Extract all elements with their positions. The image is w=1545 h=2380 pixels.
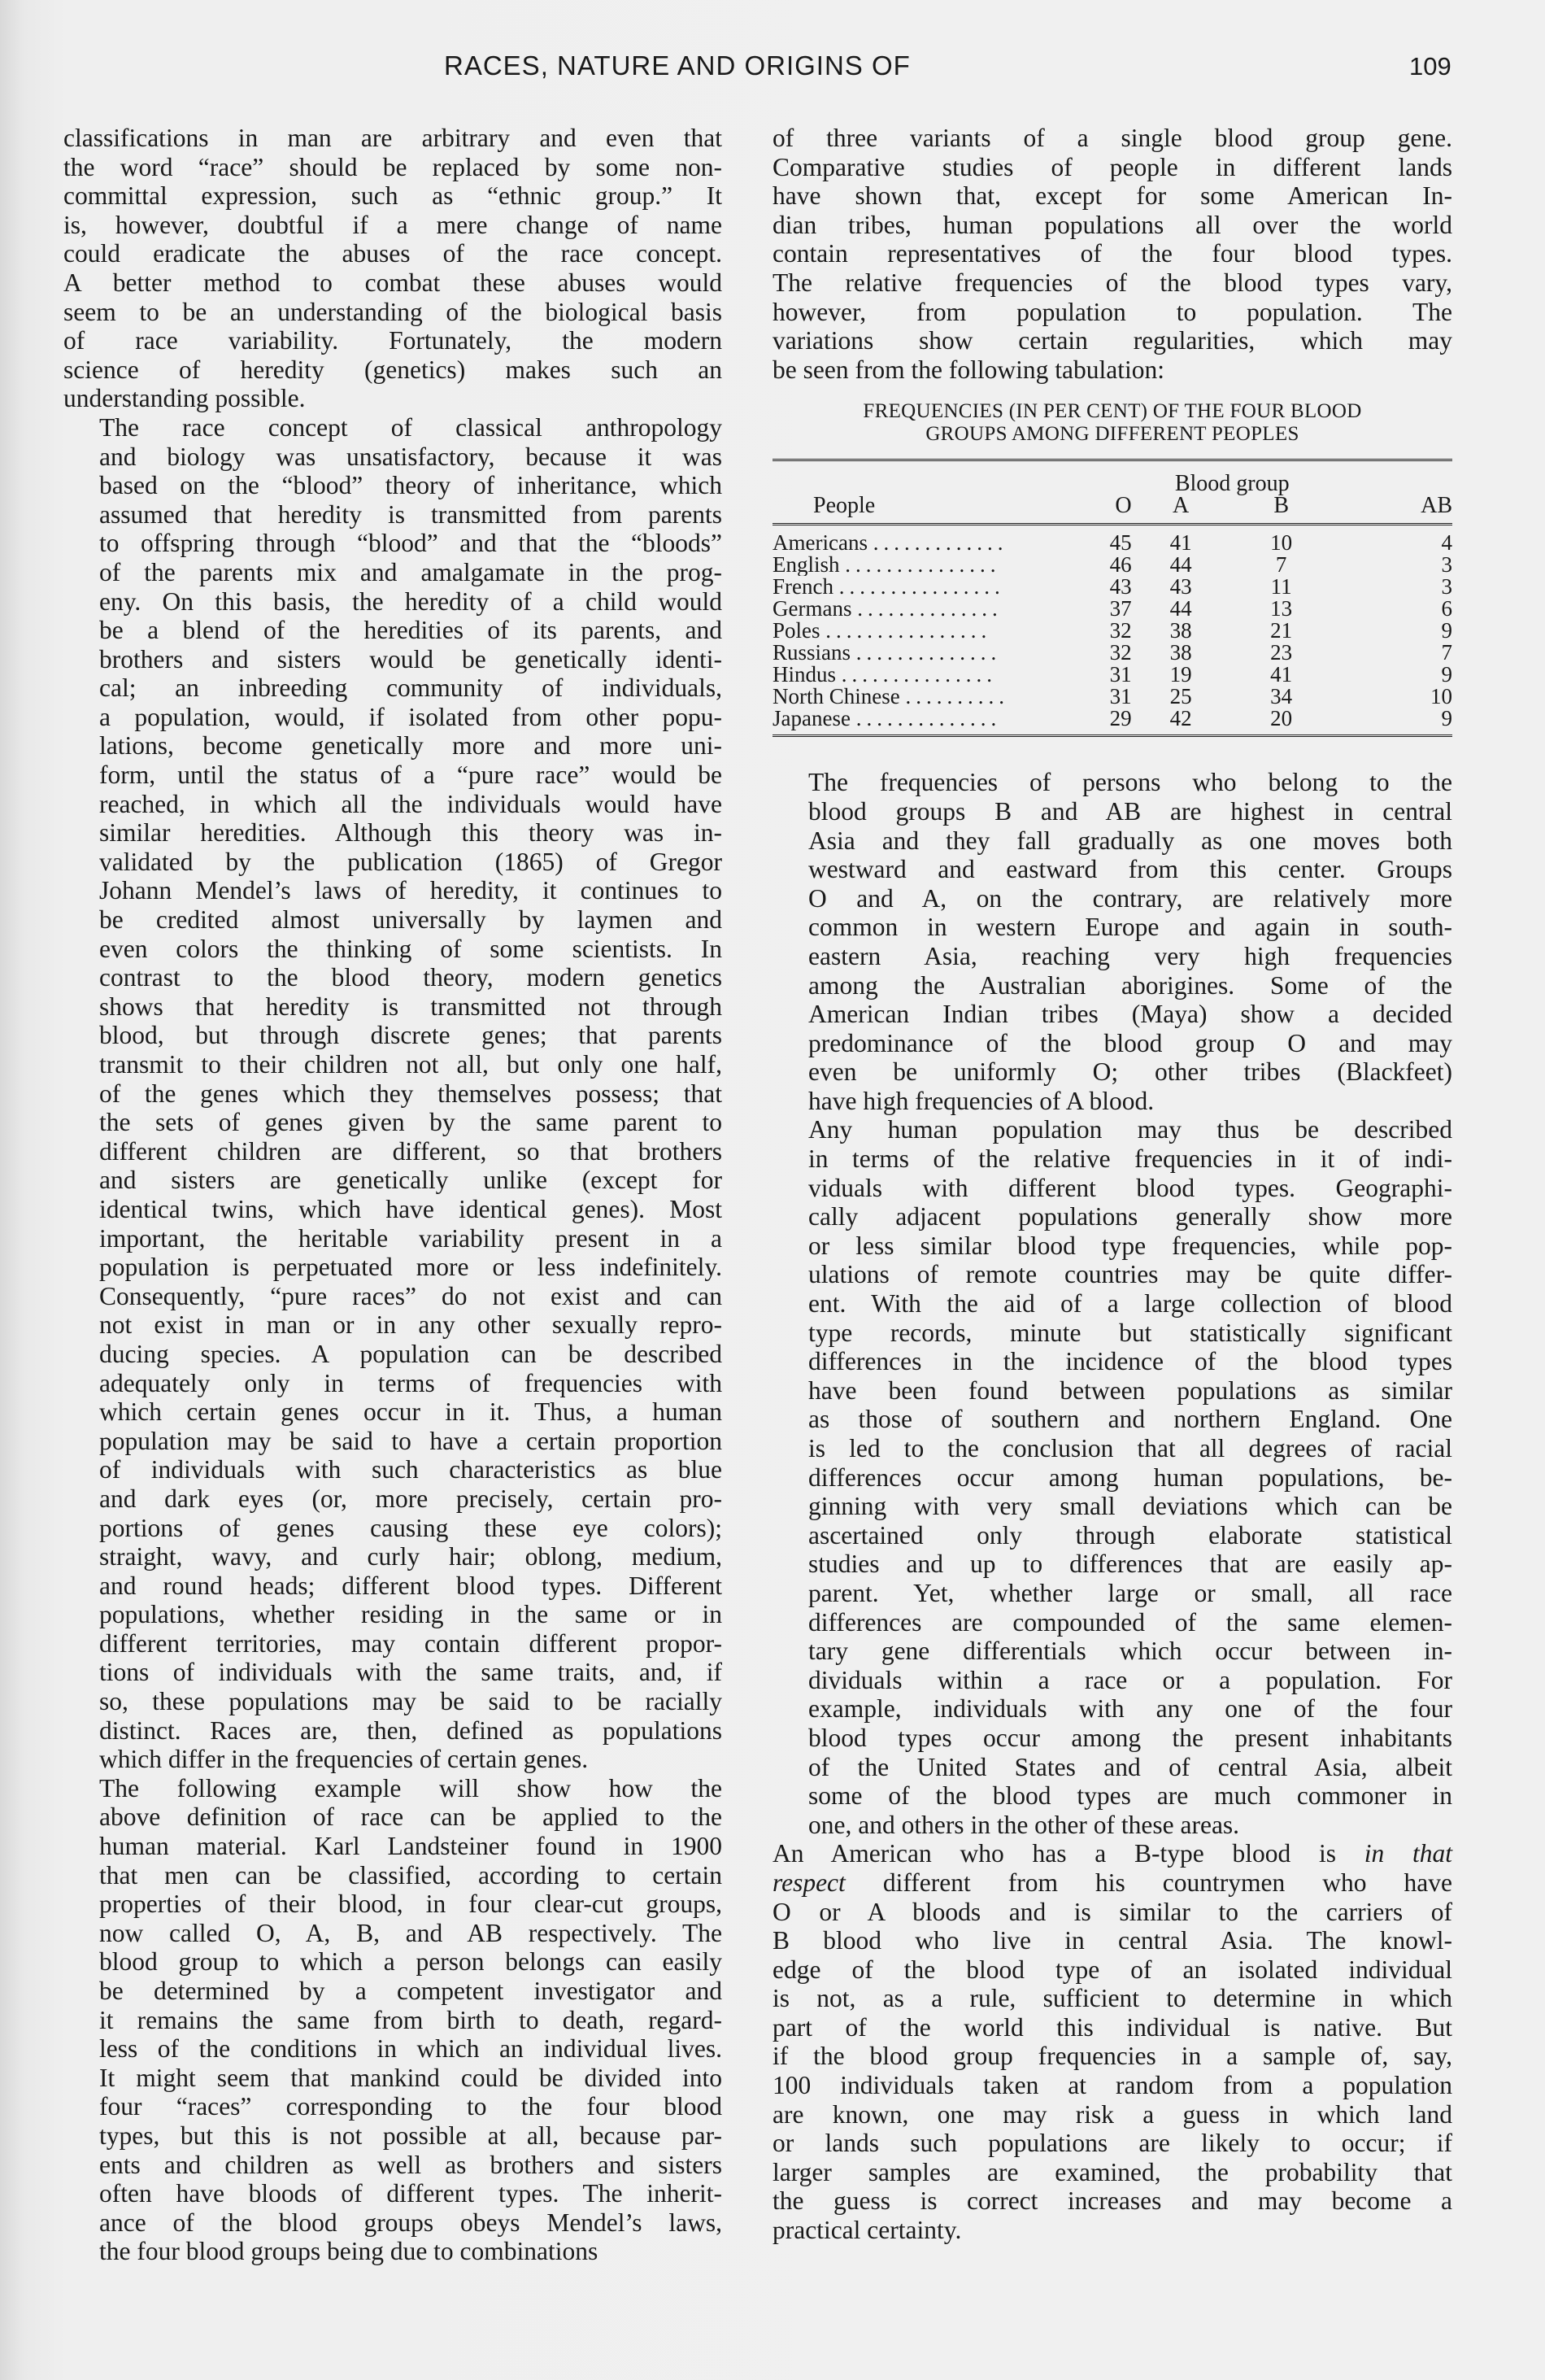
people-cell: Hindus ...............: [772, 664, 1106, 686]
text-line: one, and others in the other of these ar…: [772, 1811, 1452, 1840]
value-b: 7: [1230, 554, 1333, 576]
text-line: transmit to their children not all, but …: [63, 1050, 722, 1079]
text-line: it remains the same from birth to death,…: [63, 2006, 722, 2035]
text-line: population may be said to have a certain…: [63, 1427, 722, 1456]
leader-dots: .............: [873, 530, 1008, 554]
text-line: predominance of the blood group O and ma…: [772, 1029, 1452, 1058]
column-header-a: A: [1132, 495, 1230, 525]
text-line: be seen from the following tabulation:: [772, 355, 1452, 385]
text-line: differences occur among human population…: [772, 1463, 1452, 1493]
text-line: blood groups B and AB are highest in cen…: [772, 797, 1452, 826]
text-line: ents and children as well as brothers an…: [63, 2151, 722, 2180]
value-b: 41: [1230, 664, 1333, 686]
left-paragraph-3: The following example will show how thea…: [63, 1774, 722, 2266]
text-line: is, however, doubtful if a mere change o…: [63, 211, 722, 240]
leader-dots: ...............: [845, 554, 1000, 576]
text-line: understanding possible.: [63, 384, 722, 413]
table-caption-line-1: FREQUENCIES (IN PER CENT) OF THE FOUR BL…: [772, 400, 1452, 423]
column-header-ab: AB: [1333, 495, 1452, 525]
intro-paragraph: of three variants of a single blood grou…: [772, 124, 1452, 384]
text-line: form, until the status of a “pure race” …: [63, 761, 722, 790]
people-name: Germans: [772, 598, 851, 620]
column-header-b: B: [1230, 495, 1333, 525]
left-paragraph-1: classifications in man are arbitrary and…: [63, 124, 722, 413]
left-paragraph-2: The race concept of classical anthropolo…: [63, 413, 722, 1774]
text-line: differences in the incidence of the bloo…: [772, 1347, 1452, 1376]
text-line: some of the blood types are much commone…: [772, 1781, 1452, 1811]
leader-dots: ..............: [856, 642, 1002, 664]
text-line: could eradicate the abuses of the race c…: [63, 239, 722, 268]
text-line: example, individuals with any one of the…: [772, 1694, 1452, 1724]
text-line: tary gene differentials which occur betw…: [772, 1637, 1452, 1666]
text-line: the four blood groups being due to combi…: [63, 2237, 722, 2266]
people-name: North Chinese: [772, 686, 900, 708]
text-line: are known, one may risk a guess in which…: [772, 2100, 1452, 2129]
value-ab: 10: [1333, 686, 1452, 708]
text-line: reached, in which all the individuals wo…: [63, 790, 722, 819]
text-line: The relative frequencies of the blood ty…: [772, 268, 1452, 298]
value-o: 32: [1106, 620, 1132, 642]
text-line: Johann Mendel’s laws of heredity, it con…: [63, 876, 722, 905]
text-line: eastern Asia, reaching very high frequen…: [772, 942, 1452, 971]
text-line: be determined by a competent investigato…: [63, 1977, 722, 2006]
value-ab: 7: [1333, 642, 1452, 664]
text-line: four “races” corresponding to the four b…: [63, 2092, 722, 2121]
table-row: Germans ..............3744136: [772, 598, 1452, 620]
text-line: common in western Europe and again in so…: [772, 913, 1452, 942]
value-b: 20: [1230, 708, 1333, 736]
people-name: French: [772, 576, 833, 598]
text-line: larger samples are examined, the probabi…: [772, 2158, 1452, 2187]
people-cell: French ................: [772, 576, 1106, 598]
text-line: O and A, on the contrary, are relatively…: [772, 884, 1452, 913]
text-line: blood types occur among the present inha…: [772, 1724, 1452, 1753]
table-row: French ................4343113: [772, 576, 1452, 598]
text-line: even colors the thinking of some scienti…: [63, 935, 722, 964]
text-line: A better method to combat these abuses w…: [63, 268, 722, 298]
people-cell: Japanese ..............: [772, 708, 1106, 736]
text-line: ance of the blood groups obeys Mendel’s …: [63, 2208, 722, 2238]
text-line: The race concept of classical anthropolo…: [63, 413, 722, 442]
text-line: variations show certain regularities, wh…: [772, 326, 1452, 355]
text-line: based on the “blood” theory of inheritan…: [63, 471, 722, 500]
italic-emphasis: in that: [1364, 1839, 1452, 1868]
text-line: brothers and sisters would be geneticall…: [63, 645, 722, 674]
value-o: 29: [1106, 708, 1132, 736]
text-line: practical certainty.: [772, 2216, 1452, 2245]
text-line: similar heredities. Although this theory…: [63, 818, 722, 848]
text-line: so, these populations may be said to be …: [63, 1687, 722, 1716]
table-row: North Chinese ..........31253410: [772, 686, 1452, 708]
text-line: or less similar blood type frequencies, …: [772, 1231, 1452, 1261]
text-line: Any human population may thus be describ…: [772, 1115, 1452, 1144]
table-row: Poles ................3238219: [772, 620, 1452, 642]
text-line: science of heredity (genetics) makes suc…: [63, 355, 722, 385]
text-line: tions of individuals with the same trait…: [63, 1658, 722, 1687]
people-name: Poles: [772, 620, 820, 642]
text-line: An American who has a B-type blood is in…: [772, 1839, 1452, 1868]
people-cell: Poles ................: [772, 620, 1106, 642]
text-line: of three variants of a single blood grou…: [772, 124, 1452, 153]
value-ab: 9: [1333, 664, 1452, 686]
text-span: different from his countrymen who have: [846, 1868, 1452, 1897]
text-line: and biology was unsatisfactory, because …: [63, 442, 722, 472]
leader-dots: ..........: [905, 686, 1009, 708]
text-line: It might seem that mankind could be divi…: [63, 2064, 722, 2093]
value-o: 31: [1106, 664, 1132, 686]
text-line: even be uniformly O; other tribes (Black…: [772, 1057, 1452, 1087]
text-line: Asia and they fall gradually as one move…: [772, 826, 1452, 856]
text-line: now called O, A, B, and AB respectively.…: [63, 1919, 722, 1948]
text-line: ginning with very small deviations which…: [772, 1492, 1452, 1521]
text-line: the word “race” should be replaced by so…: [63, 153, 722, 182]
leader-dots: ..............: [856, 708, 1002, 730]
running-title: RACES, NATURE AND ORIGINS OF: [444, 50, 911, 81]
text-line: ducing species. A population can be desc…: [63, 1340, 722, 1369]
text-span: An American who has a B-type blood is: [772, 1839, 1364, 1868]
people-cell: Russians ..............: [772, 642, 1106, 664]
text-line: American Indian tribes (Maya) show a dec…: [772, 1000, 1452, 1029]
value-b: 10: [1230, 525, 1333, 555]
people-cell: Americans .............: [772, 525, 1106, 555]
text-line: that men can be classified, according to…: [63, 1861, 722, 1890]
text-line: type records, minute but statistically s…: [772, 1319, 1452, 1348]
table-row: Americans .............4541104: [772, 525, 1452, 555]
text-line: edge of the blood type of an isolated in…: [772, 1955, 1452, 1985]
value-a: 44: [1132, 554, 1230, 576]
text-line: the sets of genes given by the same pare…: [63, 1108, 722, 1137]
text-line: less of the conditions in which an indiv…: [63, 2034, 722, 2064]
text-line: distinct. Races are, then, defined as po…: [63, 1716, 722, 1746]
table-body: Americans .............4541104English ..…: [772, 525, 1452, 736]
running-head: RACES, NATURE AND ORIGINS OF 109: [0, 50, 1545, 86]
text-line: of race variability. Fortunately, the mo…: [63, 326, 722, 355]
text-line: and dark eyes (or, more precisely, certa…: [63, 1484, 722, 1514]
text-line: The frequencies of persons who belong to…: [772, 768, 1452, 797]
text-line: above definition of race can be applied …: [63, 1802, 722, 1832]
text-line: dividuals within a race or a population.…: [772, 1666, 1452, 1695]
table-row: Hindus ...............3119419: [772, 664, 1452, 686]
value-ab: 9: [1333, 620, 1452, 642]
text-line: human material. Karl Landsteiner found i…: [63, 1832, 722, 1861]
text-line: differences are compounded of the same e…: [772, 1608, 1452, 1637]
text-line: however, from population to population. …: [772, 298, 1452, 327]
text-line: viduals with different blood types. Geog…: [772, 1174, 1452, 1203]
value-a: 38: [1132, 642, 1230, 664]
text-line: studies and up to differences that are e…: [772, 1550, 1452, 1579]
text-line: types, but this is not possible at all, …: [63, 2121, 722, 2151]
text-line: and sisters are genetically unlike (exce…: [63, 1166, 722, 1195]
text-line: to offspring through “blood” and that th…: [63, 529, 722, 558]
text-line: of individuals with such characteristics…: [63, 1455, 722, 1484]
text-line: different territories, may contain diffe…: [63, 1629, 722, 1659]
text-line: in terms of the relative frequencies in …: [772, 1144, 1452, 1174]
text-line: if the blood group frequencies in a samp…: [772, 2042, 1452, 2071]
italic-paragraph: An American who has a B-type blood is in…: [772, 1839, 1452, 2244]
table-caption: FREQUENCIES (IN PER CENT) OF THE FOUR BL…: [772, 400, 1452, 446]
text-line: contain representatives of the four bloo…: [772, 239, 1452, 268]
text-line: ulations of remote countries may be quit…: [772, 1260, 1452, 1289]
leader-dots: ................: [839, 576, 1005, 598]
table-row: Japanese ..............2942209: [772, 708, 1452, 736]
right-paragraph-1: The frequencies of persons who belong to…: [772, 768, 1452, 1115]
people-name: English: [772, 554, 840, 576]
value-b: 34: [1230, 686, 1333, 708]
text-line: cally adjacent populations generally sho…: [772, 1202, 1452, 1231]
value-o: 37: [1106, 598, 1132, 620]
value-o: 43: [1106, 576, 1132, 598]
text-line: the guess is correct increases and may b…: [772, 2186, 1452, 2216]
text-line: a population, would, if isolated from ot…: [63, 703, 722, 732]
table-caption-line-2: GROUPS AMONG DIFFERENT PEOPLES: [772, 423, 1452, 446]
text-line: not exist in man or in any other sexuall…: [63, 1310, 722, 1340]
value-b: 13: [1230, 598, 1333, 620]
text-line: cal; an inbreeding community of individu…: [63, 673, 722, 703]
text-line: have been found between populations as s…: [772, 1376, 1452, 1406]
text-line: assumed that heredity is transmitted fro…: [63, 500, 722, 530]
italic-emphasis: respect: [772, 1868, 846, 1897]
text-line: respect different from his countrymen wh…: [772, 1868, 1452, 1898]
text-line: populations, whether residing in the sam…: [63, 1600, 722, 1629]
text-line: of the genes which they themselves posse…: [63, 1079, 722, 1109]
column-header-people: People: [772, 495, 1106, 525]
people-name: Russians: [772, 642, 851, 664]
right-body-paragraphs: The frequencies of persons who belong to…: [772, 768, 1452, 1839]
text-line: B blood who live in central Asia. The kn…: [772, 1926, 1452, 1955]
value-a: 25: [1132, 686, 1230, 708]
leader-dots: ..............: [857, 598, 1003, 620]
text-line: and round heads; different blood types. …: [63, 1571, 722, 1601]
people-name: Hindus: [772, 664, 836, 686]
value-b: 23: [1230, 642, 1333, 664]
value-a: 42: [1132, 708, 1230, 736]
value-ab: 3: [1333, 554, 1452, 576]
blood-group-table-block: FREQUENCIES (IN PER CENT) OF THE FOUR BL…: [772, 400, 1452, 739]
text-line: important, the heritable variability pre…: [63, 1224, 722, 1253]
table-row: Russians ..............3238237: [772, 642, 1452, 664]
value-a: 41: [1132, 525, 1230, 555]
people-cell: English ...............: [772, 554, 1106, 576]
text-line: is led to the conclusion that all degree…: [772, 1434, 1452, 1463]
text-line: blood, but through discrete genes; that …: [63, 1021, 722, 1050]
text-line: ent. With the aid of a large collection …: [772, 1289, 1452, 1319]
text-line: of the parents mix and amalgamate in the…: [63, 558, 722, 587]
text-line: portions of genes causing these eye colo…: [63, 1514, 722, 1543]
text-line: 100 individuals taken at random from a p…: [772, 2071, 1452, 2100]
value-a: 44: [1132, 598, 1230, 620]
text-line: Comparative studies of people in differe…: [772, 153, 1452, 182]
value-o: 46: [1106, 554, 1132, 576]
text-line: be a blend of the heredities of its pare…: [63, 616, 722, 645]
text-line: have high frequencies of A blood.: [772, 1087, 1452, 1116]
value-b: 11: [1230, 576, 1333, 598]
value-o: 45: [1106, 525, 1132, 555]
text-line: often have bloods of different types. Th…: [63, 2179, 722, 2208]
text-line: is not, as a rule, sufficient to determi…: [772, 1984, 1452, 2013]
text-line: seem to be an understanding of the biolo…: [63, 298, 722, 327]
text-line: contrast to the blood theory, modern gen…: [63, 963, 722, 992]
text-line: of the United States and of central Asia…: [772, 1753, 1452, 1782]
text-line: be credited almost universally by laymen…: [63, 905, 722, 935]
text-line: adequately only in terms of frequencies …: [63, 1369, 722, 1398]
text-line: or lands such populations are likely to …: [772, 2129, 1452, 2158]
value-ab: 9: [1333, 708, 1452, 736]
people-cell: North Chinese ..........: [772, 686, 1106, 708]
column-header-o: O: [1106, 495, 1132, 525]
text-line: as those of southern and northern Englan…: [772, 1405, 1452, 1434]
text-line: among the Australian aborigines. Some of…: [772, 971, 1452, 1000]
text-line: The following example will show how the: [63, 1774, 722, 1803]
text-line: have shown that, except for some America…: [772, 181, 1452, 211]
value-a: 19: [1132, 664, 1230, 686]
text-line: which differ in the frequencies of certa…: [63, 1745, 722, 1774]
leader-dots: ...............: [842, 664, 997, 686]
leader-dots: ................: [825, 620, 991, 642]
text-line: O or A bloods and is similar to the carr…: [772, 1898, 1452, 1927]
text-line: part of the world this individual is nat…: [772, 2013, 1452, 2042]
value-ab: 4: [1333, 525, 1452, 555]
value-o: 31: [1106, 686, 1132, 708]
text-line: parent. Yet, whether large or small, all…: [772, 1579, 1452, 1608]
value-o: 32: [1106, 642, 1132, 664]
text-line: committal expression, such as “ethnic gr…: [63, 181, 722, 211]
text-line: validated by the publication (1865) of G…: [63, 848, 722, 877]
text-line: dian tribes, human populations all over …: [772, 211, 1452, 240]
value-ab: 3: [1333, 576, 1452, 598]
text-line: classifications in man are arbitrary and…: [63, 124, 722, 153]
blood-group-frequency-table: Blood group People O A B AB Americans ..…: [772, 459, 1452, 739]
value-b: 21: [1230, 620, 1333, 642]
value-a: 43: [1132, 576, 1230, 598]
value-a: 38: [1132, 620, 1230, 642]
left-column: classifications in man are arbitrary and…: [63, 124, 722, 2266]
text-line: eny. On this basis, the heredity of a ch…: [63, 587, 722, 617]
text-line: blood group to which a person belongs ca…: [63, 1947, 722, 1977]
page-number: 109: [1409, 52, 1451, 81]
text-line: which certain genes occur in it. Thus, a…: [63, 1397, 722, 1427]
text-line: different children are different, so tha…: [63, 1137, 722, 1166]
text-line: straight, wavy, and curly hair; oblong, …: [63, 1542, 722, 1571]
text-line: population is perpetuated more or less i…: [63, 1253, 722, 1282]
text-line: identical twins, which have identical ge…: [63, 1195, 722, 1224]
text-line: Consequently, “pure races” do not exist …: [63, 1282, 722, 1311]
people-name: Japanese: [772, 708, 851, 730]
text-line: westward and eastward from this center. …: [772, 855, 1452, 884]
right-paragraph-2: Any human population may thus be describ…: [772, 1115, 1452, 1839]
people-name: Americans: [772, 530, 868, 554]
text-line: ascertained only through elaborate stati…: [772, 1521, 1452, 1550]
text-line: shows that heredity is transmitted not t…: [63, 992, 722, 1022]
blood-group-header: Blood group: [1132, 466, 1333, 495]
table-row: English ...............464473: [772, 554, 1452, 576]
text-line: lations, become genetically more and mor…: [63, 731, 722, 761]
value-ab: 6: [1333, 598, 1452, 620]
text-line: properties of their blood, in four clear…: [63, 1890, 722, 1919]
right-column: of three variants of a single blood grou…: [772, 124, 1452, 2245]
people-cell: Germans ..............: [772, 598, 1106, 620]
